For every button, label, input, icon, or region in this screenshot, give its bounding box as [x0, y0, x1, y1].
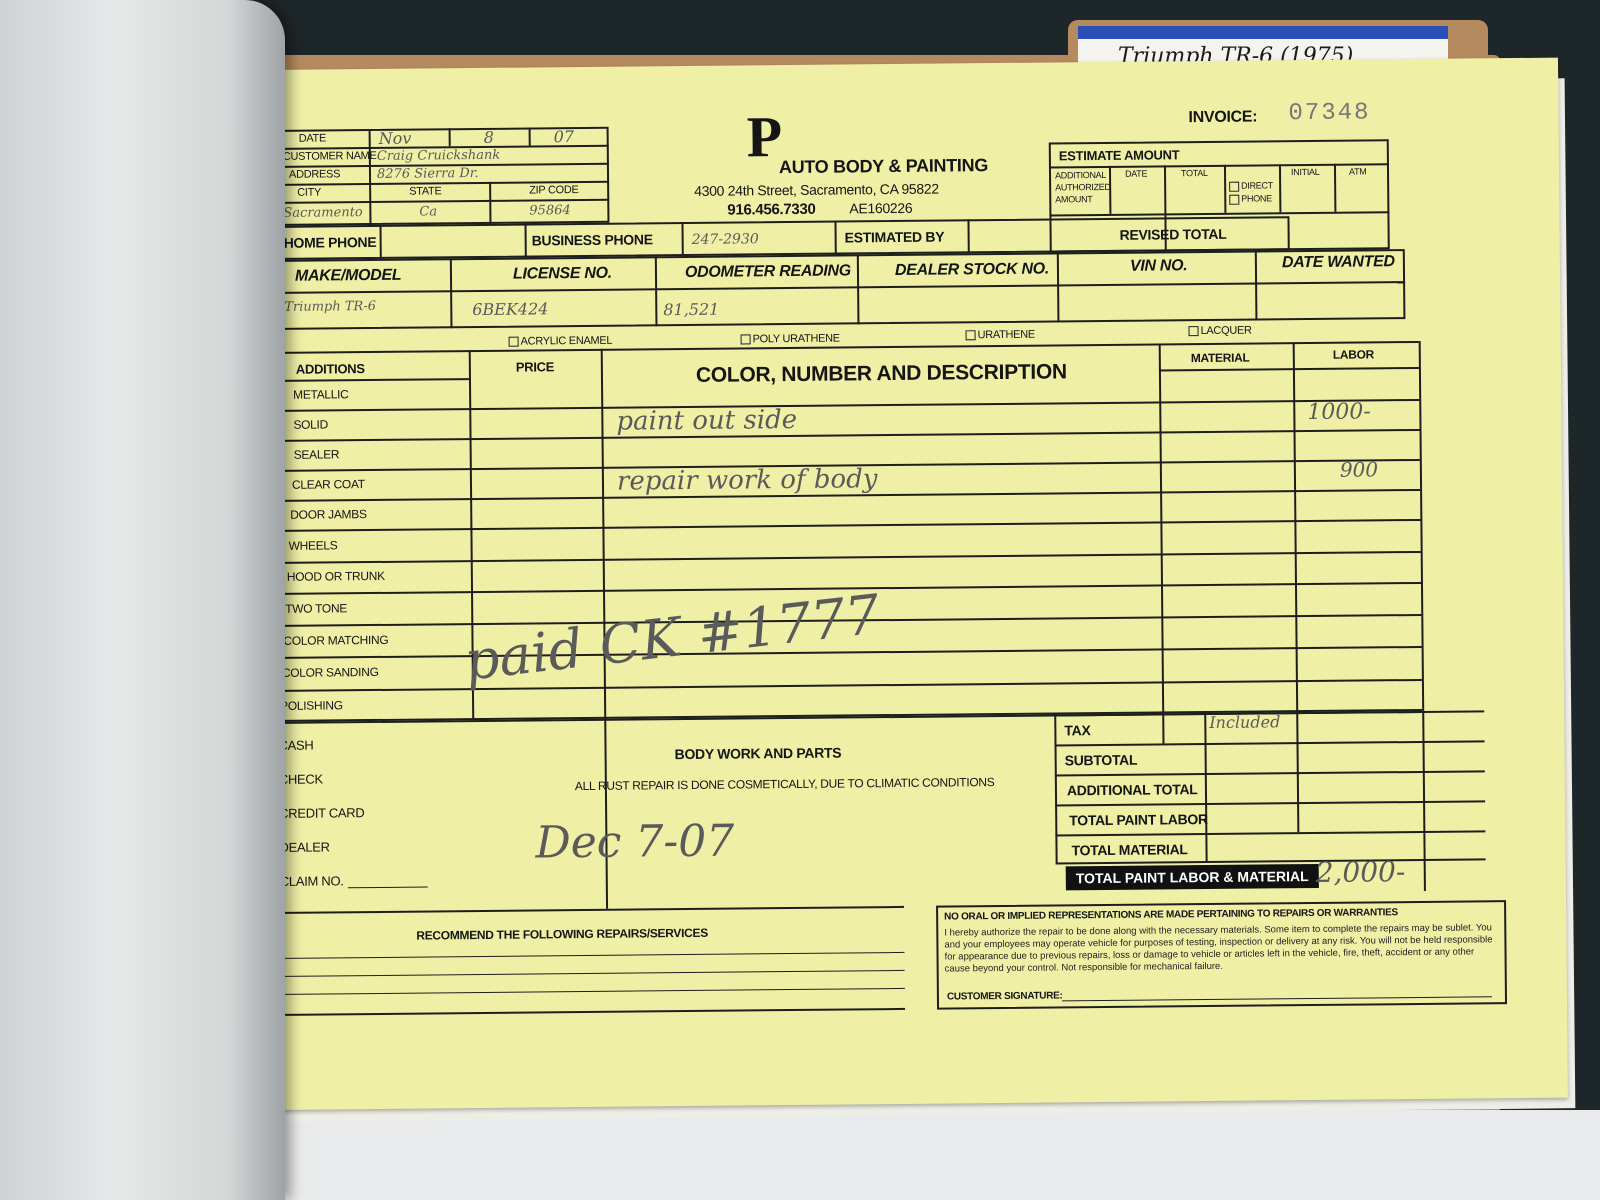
addition-sealer: SEALER [294, 447, 340, 461]
zip-label: ZIP CODE [529, 184, 578, 196]
business-phone-label: BUSINESS PHONE [532, 231, 653, 248]
company-logo: P [746, 103, 782, 170]
payment-credit-card: CREDIT CARD [279, 805, 364, 821]
date-label: DATE [299, 132, 326, 144]
company-name: AUTO BODY & PAINTING [779, 155, 988, 178]
addition-wheels: WHEELS [289, 538, 338, 552]
grand-total-label: TOTAL PAINT LABOR & MATERIAL [1066, 864, 1319, 890]
date-wanted-label: DATE WANTED [1282, 253, 1395, 272]
recommend-label: RECOMMEND THE FOLLOWING REPAIRS/SERVICES [416, 926, 708, 943]
addition-metallic: METALLIC [293, 387, 349, 402]
body-work-title: BODY WORK AND PARTS [675, 745, 842, 763]
line-2-description: repair work of body [617, 464, 878, 496]
odometer-value: 81,521 [663, 300, 719, 320]
legal-body: I hereby authorize the repair to be done… [944, 922, 1494, 975]
subtotal-label: SUBTOTAL [1065, 752, 1138, 769]
additional-total-label: ADDITIONAL TOTAL [1067, 781, 1198, 798]
payment-dealer: DEALER [279, 839, 329, 854]
estimate-col-total: TOTAL [1181, 168, 1208, 178]
addition-color-sanding: COLOR SANDING [282, 665, 379, 680]
total-paint-labor-label: TOTAL PAINT LABOR [1069, 811, 1208, 828]
company-phone: 916.456.7330 [727, 201, 815, 219]
state-label: STATE [409, 185, 441, 197]
estimated-by-label: ESTIMATED BY [845, 229, 945, 246]
bottom-paper [250, 1110, 1600, 1200]
addition-two-tone: TWO TONE [285, 601, 347, 616]
estimate-col-date: DATE [1125, 169, 1147, 179]
license-value: 6BEK424 [472, 299, 548, 319]
additions-header: ADDITIONS [296, 361, 365, 377]
company-address: 4300 24th Street, Sacramento, CA 95822 [694, 181, 939, 199]
estimate-col-additional: ADDITIONAL AUTHORIZED AMOUNT [1055, 169, 1107, 205]
handwritten-completion-date: Dec 7-07 [535, 816, 734, 869]
date-day: 8 [484, 128, 494, 147]
grand-total-value: 2,000- [1316, 855, 1406, 889]
paint-lacquer-checkbox[interactable]: LACQUER [1188, 325, 1251, 338]
labor-header: LABOR [1333, 347, 1374, 361]
paint-urethane-checkbox[interactable]: URATHENE [966, 329, 1035, 342]
vin-label: VIN NO. [1130, 257, 1188, 276]
phone-checkbox[interactable]: PHONE [1229, 193, 1272, 204]
make-model-value: Triumph TR-6 [284, 299, 376, 315]
customer-name-value: Craig Cruickshank [377, 148, 501, 164]
tax-label: TAX [1064, 722, 1090, 738]
city-label: CITY [297, 186, 321, 198]
date-month: Nov [379, 129, 412, 148]
estimate-title: ESTIMATE AMOUNT [1059, 147, 1180, 163]
addition-door-jambs: DOOR JAMBS [290, 507, 366, 522]
description-header: COLOR, NUMBER AND DESCRIPTION [696, 360, 1067, 388]
addition-solid: SOLID [293, 417, 328, 431]
date-year: 07 [554, 127, 575, 146]
estimate-col-initial: INITIAL [1291, 167, 1320, 177]
address-value: 8276 Sierra Dr. [377, 166, 479, 182]
customer-name-label: CUSTOMER NAME [283, 150, 377, 163]
state-value: Ca [419, 204, 437, 219]
price-header: PRICE [516, 359, 554, 374]
city-value: Sacramento [283, 205, 362, 221]
payment-check: CHECK [279, 772, 323, 787]
estimate-col-atm: ATM [1349, 166, 1367, 176]
total-material-label: TOTAL MATERIAL [1071, 841, 1187, 858]
business-phone-value: 247-2930 [692, 231, 759, 248]
work-table [279, 341, 1422, 722]
line-1-labor: 1000- [1307, 399, 1371, 425]
address-label: ADDRESS [289, 168, 340, 180]
make-model-label: MAKE/MODEL [295, 267, 402, 286]
invoice-sheet: P AUTO BODY & PAINTING 4300 24th Street,… [268, 58, 1568, 1110]
addition-color-matching: COLOR MATCHING [283, 633, 388, 648]
home-phone-label: HOME PHONE [284, 234, 377, 251]
material-header: MATERIAL [1191, 351, 1250, 366]
addition-clear-coat: CLEAR COAT [292, 477, 365, 492]
tab-stripe [1078, 26, 1448, 39]
invoice-label: INVOICE: [1188, 109, 1257, 128]
direct-checkbox[interactable]: DIRECT [1229, 180, 1273, 191]
dealer-stock-label: DEALER STOCK NO. [895, 261, 1049, 280]
zip-value: 95864 [529, 203, 571, 218]
license-label: LICENSE NO. [513, 265, 612, 284]
rust-repair-note: ALL RUST REPAIR IS DONE COSMETICALLY, DU… [575, 775, 995, 793]
tax-value: Included [1209, 712, 1280, 732]
book-page-left [0, 0, 285, 1200]
invoice-number: 07348 [1288, 99, 1370, 127]
addition-polishing: POLISHING [280, 698, 343, 713]
line-1-description: paint out side [616, 405, 797, 437]
revised-total-label: REVISED TOTAL [1120, 226, 1227, 243]
paint-polyurethane-checkbox[interactable]: POLY URATHENE [741, 333, 840, 346]
addition-hood-trunk: HOOD OR TRUNK [287, 569, 385, 584]
line-2-labor: 900 [1340, 457, 1378, 481]
claim-no-label: CLAIM NO. [280, 873, 344, 889]
paint-acrylic-checkbox[interactable]: ACRYLIC ENAMEL [509, 335, 613, 348]
odometer-label: ODOMETER READING [685, 262, 851, 282]
company-license: AE160226 [849, 200, 912, 217]
customer-signature-label: CUSTOMER SIGNATURE: [947, 990, 1063, 1002]
